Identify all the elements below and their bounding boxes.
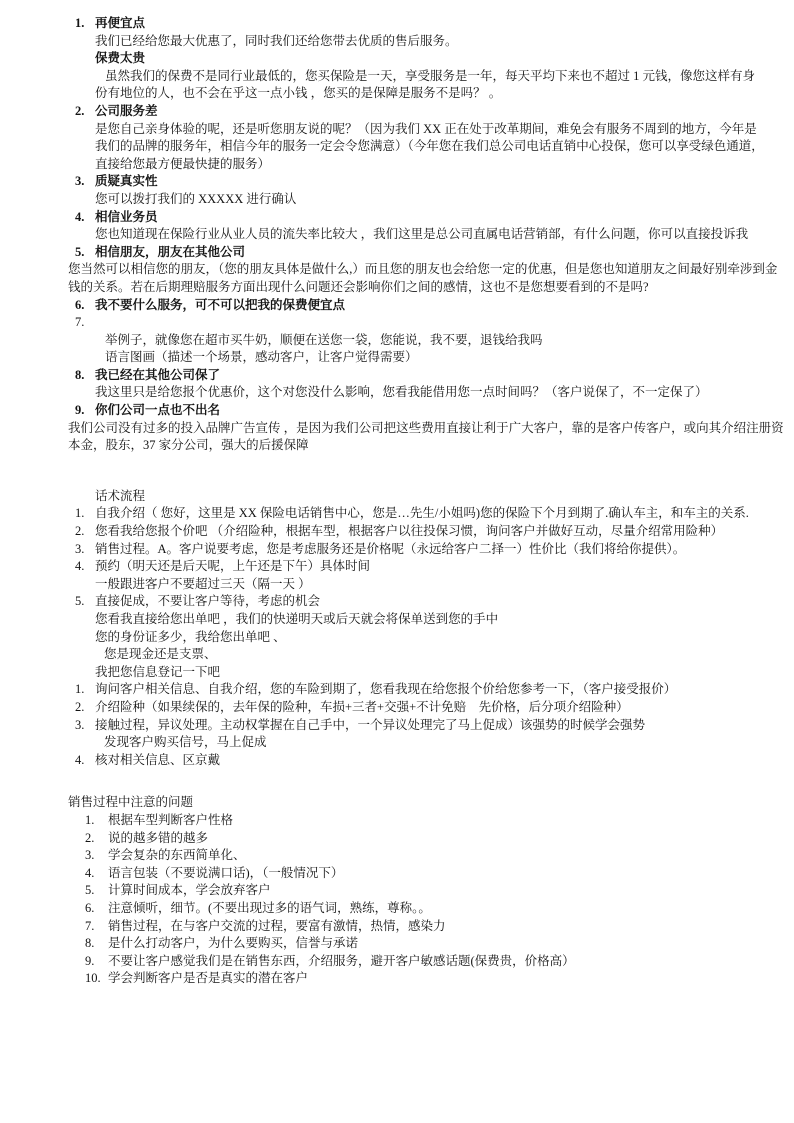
paragraph: 语言图画（描述一个场景，感动客户，让客户觉得需要） xyxy=(95,349,766,367)
list-item: 5.直接促成，不要让客户等待，考虑的机会 xyxy=(0,593,794,611)
list-number: 6. xyxy=(85,900,94,918)
paragraph: 虽然我们的保费不是同行业最低的，您买保险是一天，享受服务是一年，每天平均下来也不… xyxy=(95,68,766,103)
list-item: 2.介绍险种（如果续保的，去年保的险种，车损+三者+交强+不计免赔 先价格，后分… xyxy=(0,699,794,717)
objection-item-heading: 3.质疑真实性 xyxy=(0,173,794,191)
list-number: 1. xyxy=(75,681,84,699)
spacer xyxy=(0,769,794,794)
list-item-text: 您看我给您报个价吧 （介绍险种，根据车型，根据客户以往投保习惯，询问客户并做好互… xyxy=(95,523,768,541)
section-title: 销售过程中注意的问题 xyxy=(68,794,794,812)
paragraph: 举例子，就像您在超市买牛奶，顺便在送您一袋，您能说，我不要，退钱给我吗 xyxy=(95,332,766,350)
list-number: 2. xyxy=(75,103,84,121)
list-number: 6. xyxy=(75,297,84,315)
list-item: 6.注意倾听，细节。(不要出现过多的语气词，熟练，尊称。。 xyxy=(0,900,794,918)
objection-item-heading: 8.我已经在其他公司保了 xyxy=(0,367,794,385)
list-number: 8. xyxy=(75,367,84,385)
paragraph: 您也知道现在保险行业从业人员的流失率比较大 ，我们这里是总公司直属电话营销部，有… xyxy=(95,226,766,244)
objection-item-heading: 4.相信业务员 xyxy=(0,209,794,227)
list-item-text: 计算时间成本，学会放弃客户 xyxy=(108,882,768,900)
list-item: 3.销售过程。A。客户说要考虑，您是考虑服务还是价格呢（永远给客户二择一）性价比… xyxy=(0,541,794,559)
list-item: 8.是什么打动客户，为什么要购买，信誉与承诺 xyxy=(0,935,794,953)
list-item-text: 你们公司一点也不出名 xyxy=(95,402,766,420)
list-number: 5. xyxy=(75,593,84,611)
list-number: 1. xyxy=(75,505,84,523)
list-number: 7. xyxy=(85,918,94,936)
list-item: 1.询问客户相关信息、自我介绍，您的车险到期了，您看我现在给您报个价给您参考一下… xyxy=(0,681,794,699)
document-page: 1.再便宜点我们已经给您最大优惠了，同时我们还给您带去优质的售后服务。保费太贵虽… xyxy=(0,0,794,1123)
list-item-text: 质疑真实性 xyxy=(95,173,766,191)
paragraph: 您可以拨打我们的 XXXXX 进行确认 xyxy=(95,191,766,209)
list-item-text: 注意倾听，细节。(不要出现过多的语气词，熟练，尊称。。 xyxy=(108,900,768,918)
list-item-text: 公司服务差 xyxy=(95,103,766,121)
list-item-text: 介绍险种（如果续保的，去年保的险种，车损+三者+交强+不计免赔 先价格，后分项介… xyxy=(95,699,768,717)
list-number: 4. xyxy=(75,558,84,576)
list-item-text: 核对相关信息、区京戴 xyxy=(95,752,768,770)
list-number: 8. xyxy=(85,935,94,953)
list-number: 5. xyxy=(75,244,84,262)
list-item-text: 不要让客户感觉我们是在销售东西，介绍服务，避开客户敏感话题(保费贵，价格高） xyxy=(108,953,768,971)
list-item: 9.不要让客户感觉我们是在销售东西，介绍服务，避开客户敏感话题(保费贵，价格高） xyxy=(0,953,794,971)
list-item: 4.预约（明天还是后天呢，上午还是下午）具体时间 xyxy=(0,558,794,576)
list-number: 9. xyxy=(85,953,94,971)
list-number: 2. xyxy=(75,699,84,717)
list-number: 4. xyxy=(85,865,94,883)
list-item-text: 说的越多错的越多 xyxy=(108,830,768,848)
list-item-text: 自我介绍（ 您好，这里是 XX 保险电话销售中心，您是…先生/小姐吗)您的保险下… xyxy=(95,505,768,523)
list-item: 1.自我介绍（ 您好，这里是 XX 保险电话销售中心，您是…先生/小姐吗)您的保… xyxy=(0,505,794,523)
paragraph: 我这里只是给您报个优惠价，这个对您没什么影响，您看我能借用您一点时间吗？（客户说… xyxy=(95,384,766,402)
orphan-list-number: 7. xyxy=(75,314,794,332)
list-item: 4.语言包装（不要说满口话)，（一般情况下） xyxy=(0,865,794,883)
objection-item-heading: 6.我不要什么服务，可不可以把我的保费便宜点 xyxy=(0,297,794,315)
list-number: 5. xyxy=(85,882,94,900)
list-number: 2. xyxy=(85,830,94,848)
list-number: 3. xyxy=(75,173,84,191)
list-number: 2. xyxy=(75,523,84,541)
list-item: 7.销售过程，在与客户交流的过程，要富有激情，热情，感染力 xyxy=(0,918,794,936)
list-number: 4. xyxy=(75,209,84,227)
list-item-continuation: 您是现金还是支票、 xyxy=(104,646,768,664)
list-number: 1. xyxy=(85,812,94,830)
objection-subheading: 保费太贵 xyxy=(95,50,794,68)
list-number: 3. xyxy=(75,717,84,735)
list-item: 2.您看我给您报个价吧 （介绍险种，根据车型，根据客户以往投保习惯，询问客户并做… xyxy=(0,523,794,541)
list-item-continuation: 发现客户购买信号，马上促成 xyxy=(104,734,768,752)
list-item-text: 我已经在其他公司保了 xyxy=(95,367,766,385)
list-item-text: 预约（明天还是后天呢，上午还是下午）具体时间 xyxy=(95,558,768,576)
spacer xyxy=(0,455,794,488)
list-number: 4. xyxy=(75,752,84,770)
list-item: 3.学会复杂的东西简单化、 xyxy=(0,847,794,865)
list-item-text: 学会复杂的东西简单化、 xyxy=(108,847,768,865)
list-item-text: 直接促成，不要让客户等待，考虑的机会 xyxy=(95,593,768,611)
list-item-continuation: 一般跟进客户不要超过三天（隔一天 ） xyxy=(95,576,768,594)
list-item-text: 询问客户相关信息、自我介绍，您的车险到期了，您看我现在给您报个价给您参考一下，（… xyxy=(95,681,768,699)
list-item-text: 相信业务员 xyxy=(95,209,766,227)
list-item: 5.计算时间成本，学会放弃客户 xyxy=(0,882,794,900)
list-item: 1.根据车型判断客户性格 xyxy=(0,812,794,830)
objection-item-heading: 1.再便宜点 xyxy=(0,15,794,33)
list-item: 2.说的越多错的越多 xyxy=(0,830,794,848)
list-item-continuation: 您的身份证多少，我给您出单吧 、 xyxy=(95,629,768,647)
list-number: 10. xyxy=(85,970,101,988)
list-item-continuation: 我把您信息登记一下吧 xyxy=(95,664,768,682)
paragraph: 是您自己亲身体验的呢，还是听您朋友说的呢？（因为我们 XX 正在处于改革期间，难… xyxy=(95,121,766,174)
paragraph: 我们已经给您最大优惠了，同时我们还给您带去优质的售后服务。 xyxy=(95,33,766,51)
list-number: 1. xyxy=(75,15,84,33)
list-item: 3.接触过程，异议处理。主动权掌握在自己手中，一个异议处理完了马上促成）该强势的… xyxy=(0,717,794,735)
list-item-text: 再便宜点 xyxy=(95,15,766,33)
list-item-text: 接触过程，异议处理。主动权掌握在自己手中，一个异议处理完了马上促成）该强势的时候… xyxy=(95,717,768,735)
objection-item-heading: 2.公司服务差 xyxy=(0,103,794,121)
section-title: 话术流程 xyxy=(95,488,794,506)
objection-item-heading: 9.你们公司一点也不出名 xyxy=(0,402,794,420)
list-item-text: 相信朋友，朋友在其他公司 xyxy=(95,244,766,262)
objection-item-heading: 5.相信朋友，朋友在其他公司 xyxy=(0,244,794,262)
list-number: 9. xyxy=(75,402,84,420)
list-number: 3. xyxy=(75,541,84,559)
list-item-text: 销售过程。A。客户说要考虑，您是考虑服务还是价格呢（永远给客户二择一）性价比（我… xyxy=(95,541,768,559)
list-item-text: 根据车型判断客户性格 xyxy=(108,812,768,830)
paragraph: 您当然可以相信您的朋友，（您的朋友具体是做什么,）而且您的朋友也会给您一定的优惠… xyxy=(68,261,788,296)
list-item-text: 销售过程，在与客户交流的过程，要富有激情，热情，感染力 xyxy=(108,918,768,936)
list-item: 4.核对相关信息、区京戴 xyxy=(0,752,794,770)
paragraph: 我们公司没有过多的投入品牌广告宣传 ，是因为我们公司把这些费用直接让利于广大客户… xyxy=(68,420,788,455)
list-item-text: 我不要什么服务，可不可以把我的保费便宜点 xyxy=(95,297,766,315)
list-item-text: 学会判断客户是否是真实的潜在客户 xyxy=(108,970,768,988)
list-number: 3. xyxy=(85,847,94,865)
list-item-text: 是什么打动客户，为什么要购买，信誉与承诺 xyxy=(108,935,768,953)
list-item: 10.学会判断客户是否是真实的潜在客户 xyxy=(0,970,794,988)
list-item-text: 语言包装（不要说满口话)，（一般情况下） xyxy=(108,865,768,883)
list-item-continuation: 您看我直接给您出单吧 ，我们的快递明天或后天就会将保单送到您的手中 xyxy=(95,611,768,629)
